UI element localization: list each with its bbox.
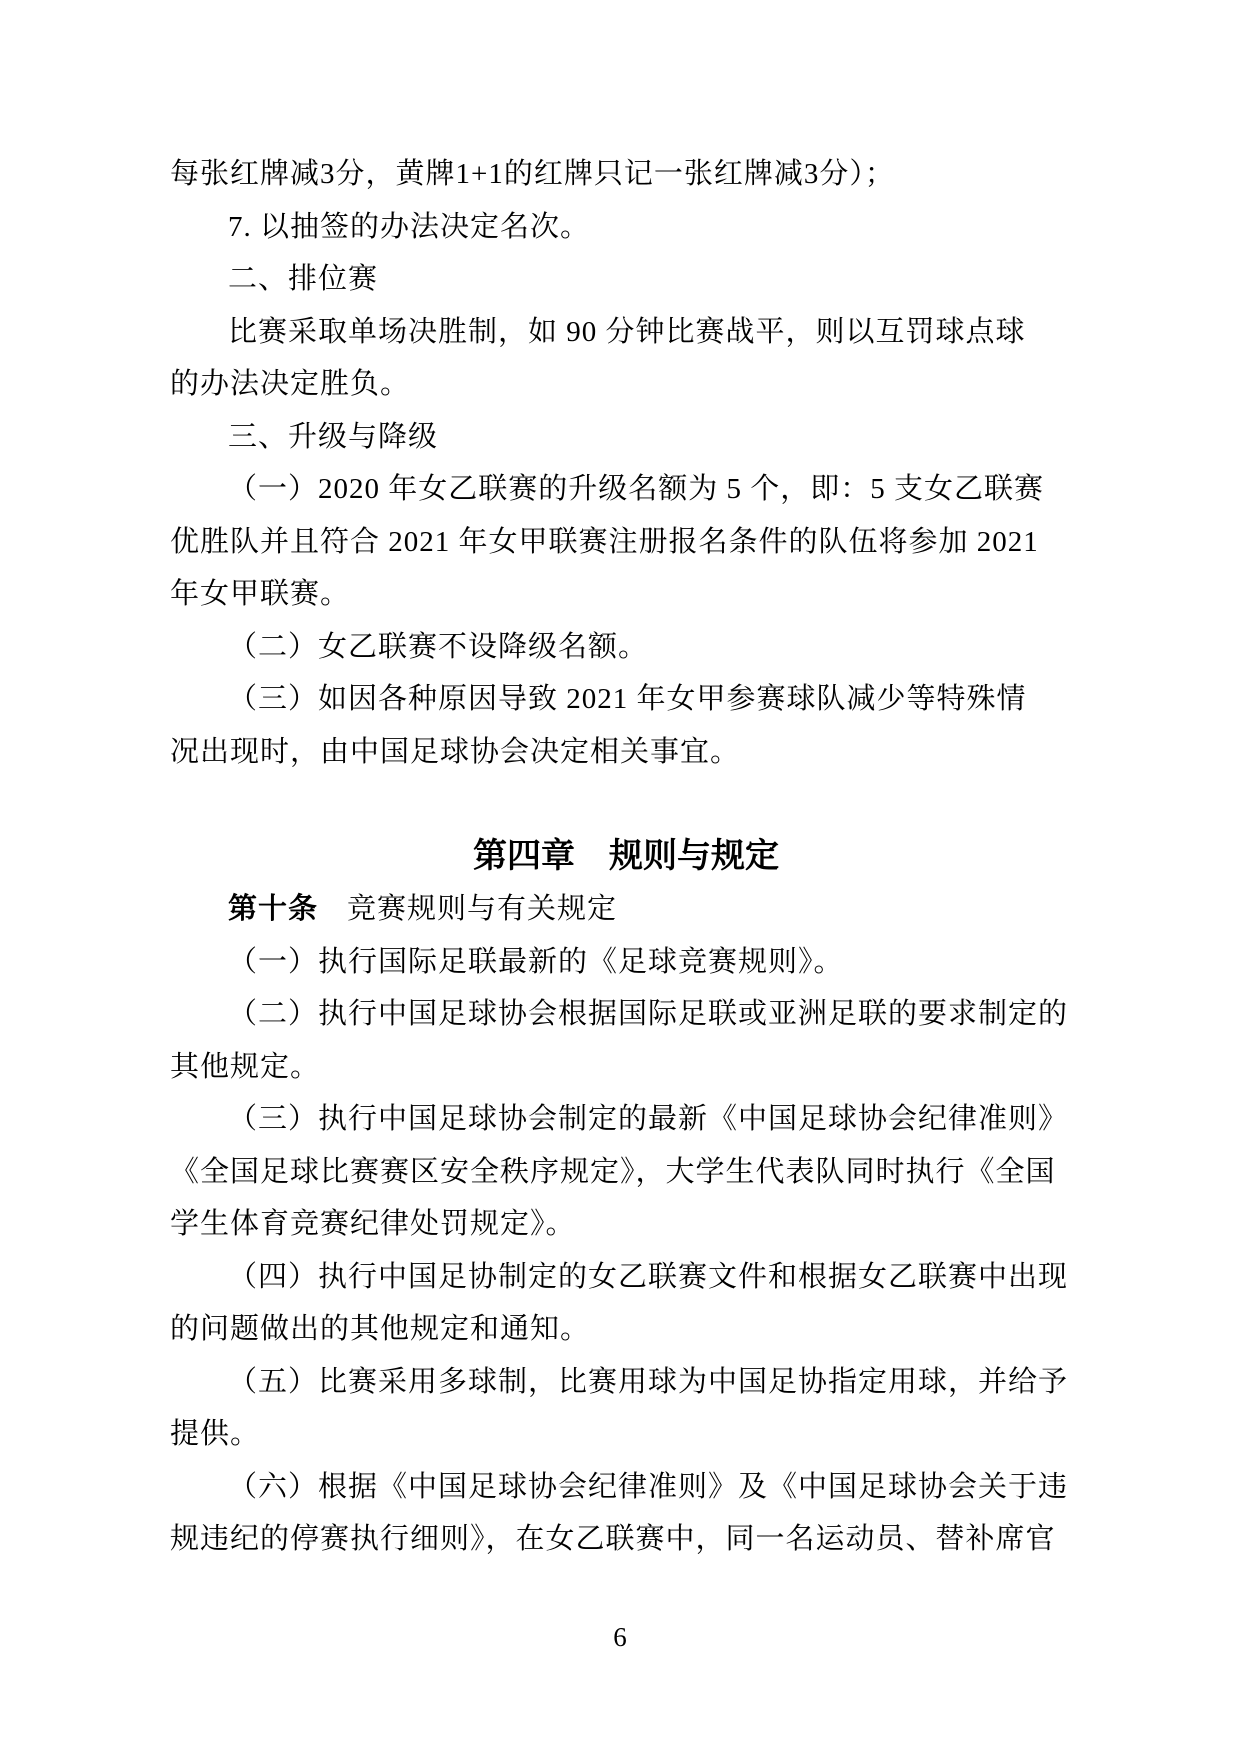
- document-page: 每张红牌减3分，黄牌1+1的红牌只记一张红牌减3分）； 7. 以抽签的办法决定名…: [0, 0, 1240, 1754]
- chapter-title: 规则与规定: [609, 838, 779, 875]
- text-line: 三、升级与降级: [170, 411, 1082, 464]
- text-line: 其他规定。: [170, 1041, 1082, 1094]
- text-line: （六）根据《中国足球协会纪律准则》及《中国足球协会关于违: [170, 1461, 1082, 1514]
- text-line: 年女甲联赛。: [170, 568, 1082, 621]
- chapter-number: 第四章: [473, 838, 575, 875]
- text-line: 每张红牌减3分，黄牌1+1的红牌只记一张红牌减3分）；: [170, 148, 1082, 201]
- text-line: 的问题做出的其他规定和通知。: [170, 1303, 1082, 1356]
- text-line: 优胜队并且符合 2021 年女甲联赛注册报名条件的队伍将参加 2021: [170, 516, 1082, 569]
- article-title: 竞赛规则与有关规定: [347, 893, 617, 925]
- text-line: （一）执行国际足联最新的《足球竞赛规则》。: [170, 936, 1082, 989]
- text-line: 二、排位赛: [170, 253, 1082, 306]
- text-line: （三）如因各种原因导致 2021 年女甲参赛球队减少等特殊情: [170, 673, 1082, 726]
- document-body: 每张红牌减3分，黄牌1+1的红牌只记一张红牌减3分）； 7. 以抽签的办法决定名…: [170, 148, 1082, 1566]
- text-line: 提供。: [170, 1408, 1082, 1461]
- text-line: （四）执行中国足协制定的女乙联赛文件和根据女乙联赛中出现: [170, 1251, 1082, 1304]
- text-line: （三）执行中国足球协会制定的最新《中国足球协会纪律准则》: [170, 1093, 1082, 1146]
- text-line: （二）执行中国足球协会根据国际足联或亚洲足联的要求制定的: [170, 988, 1082, 1041]
- text-line: （五）比赛采用多球制，比赛用球为中国足协指定用球，并给予: [170, 1356, 1082, 1409]
- text-line: 学生体育竞赛纪律处罚规定》。: [170, 1198, 1082, 1251]
- article-heading: 第十条竞赛规则与有关规定: [170, 883, 1082, 936]
- text-line: 况出现时，由中国足球协会决定相关事宜。: [170, 726, 1082, 779]
- text-line: （二）女乙联赛不设降级名额。: [170, 621, 1082, 674]
- text-line: （一）2020 年女乙联赛的升级名额为 5 个，即：5 支女乙联赛: [170, 463, 1082, 516]
- text-line: 7. 以抽签的办法决定名次。: [170, 201, 1082, 254]
- blank-line: [170, 778, 1082, 831]
- text-line: 规违纪的停赛执行细则》，在女乙联赛中，同一名运动员、替补席官: [170, 1513, 1082, 1566]
- text-line: 比赛采取单场决胜制，如 90 分钟比赛战平，则以互罚球点球: [170, 306, 1082, 359]
- chapter-heading: 第四章规则与规定: [170, 831, 1082, 884]
- article-number: 第十条: [228, 893, 318, 925]
- text-line: 《全国足球比赛赛区安全秩序规定》，大学生代表队同时执行《全国: [170, 1146, 1082, 1199]
- text-line: 的办法决定胜负。: [170, 358, 1082, 411]
- page-number: 6: [0, 1622, 1240, 1652]
